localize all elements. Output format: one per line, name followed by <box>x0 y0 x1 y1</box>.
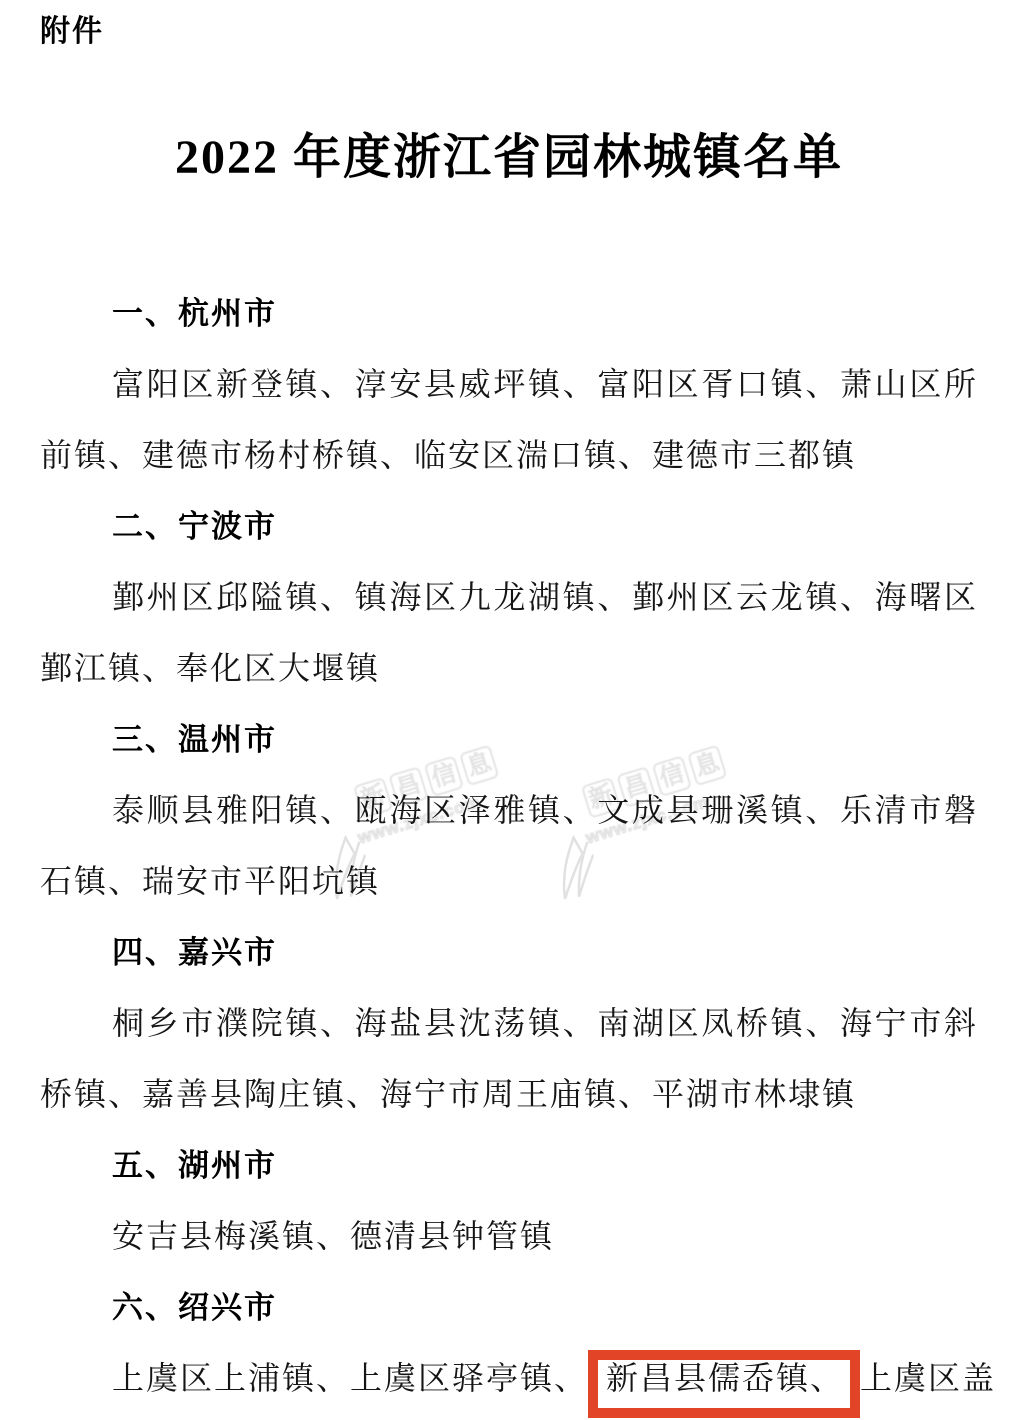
section-heading-hangzhou: 一、杭州市 <box>40 278 978 349</box>
section-body-ningbo: 鄞州区邱隘镇、镇海区九龙湖镇、鄞州区云龙镇、海曙区鄞江镇、奉化区大堰镇 <box>40 562 978 704</box>
attachment-label: 附件 <box>40 6 104 50</box>
section-heading-jiaxing: 四、嘉兴市 <box>40 917 978 988</box>
section-body-hangzhou: 富阳区新登镇、淳安县威坪镇、富阳区胥口镇、萧山区所前镇、建德市杨村桥镇、临安区湍… <box>40 349 978 491</box>
section-body-wenzhou: 泰顺县雅阳镇、瓯海区泽雅镇、文成县珊溪镇、乐清市磐石镇、瑞安市平阳坑镇 <box>40 775 978 917</box>
document-body: 一、杭州市 富阳区新登镇、淳安县威坪镇、富阳区胥口镇、萧山区所前镇、建德市杨村桥… <box>40 278 978 1414</box>
shaoxing-towns-before: 上虞区上浦镇、上虞区驿亭镇、 <box>112 1360 588 1396</box>
section-heading-huzhou: 五、湖州市 <box>40 1130 978 1201</box>
section-body-jiaxing: 桐乡市濮院镇、海盐县沈荡镇、南湖区凤桥镇、海宁市斜桥镇、嘉善县陶庄镇、海宁市周王… <box>40 988 978 1130</box>
shaoxing-towns-after: 上虞区盖 <box>860 1360 996 1396</box>
section-body-huzhou: 安吉县梅溪镇、德清县钟管镇 <box>40 1201 978 1272</box>
section-heading-shaoxing: 六、绍兴市 <box>40 1272 978 1343</box>
section-body-shaoxing: 上虞区上浦镇、上虞区驿亭镇、新昌县儒岙镇、上虞区盖 <box>40 1343 978 1414</box>
section-heading-ningbo: 二、宁波市 <box>40 491 978 562</box>
document-page: 新 昌 信 息 www.zjxc.com 新 昌 信 息 www.zjxc.co… <box>0 0 1018 1420</box>
page-title: 2022 年度浙江省园林城镇名单 <box>0 126 1018 190</box>
highlight-box-xinchang-ruao: 新昌县儒岙镇、 <box>588 1350 860 1418</box>
section-heading-wenzhou: 三、温州市 <box>40 704 978 775</box>
